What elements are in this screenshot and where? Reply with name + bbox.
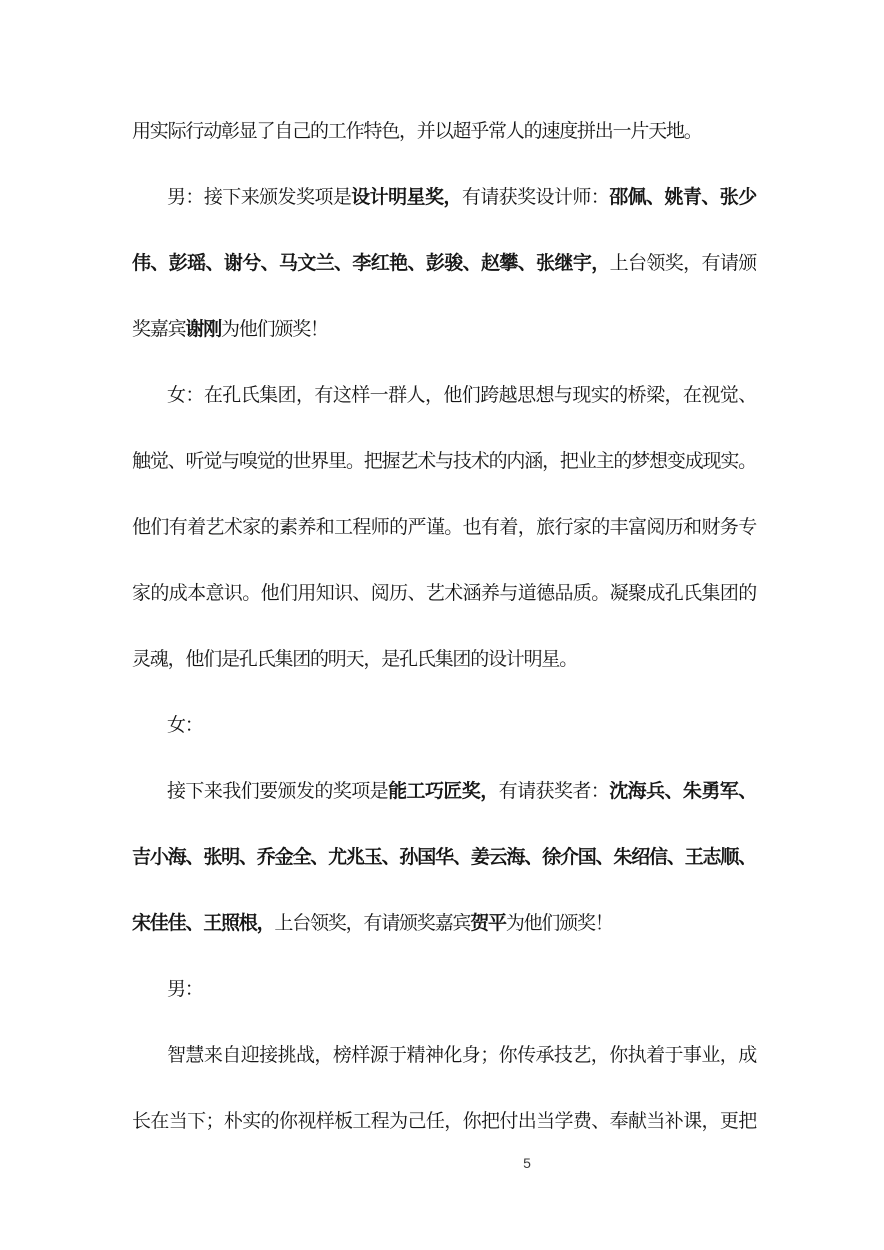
winner-names: 邵佩、姚青、张少 [609,187,756,208]
presenter-outro-text: 为他们颁奖！ [221,319,328,340]
text-line-10: 女： [132,693,756,759]
text-line-5: 女：在孔氏集团，有这样一群人，他们跨越思想与现实的桥梁，在视觉、 [132,363,756,429]
text-line-6: 触觉、听觉与嗅觉的世界里。把握艺术与技术的内涵，把业主的梦想变成现实。 [132,429,756,495]
text-line-3: 伟、彭瑶、谢兮、马文兰、李红艳、彭骏、赵攀、张继宇，上台领奖，有请颁 [132,231,756,297]
text-line-1: 用实际行动彰显了自己的工作特色，并以超乎常人的速度拼出一片天地。 [132,99,756,165]
award-name-craftsman: 能工巧匠奖， [388,781,499,802]
winner-names: 吉小海、张明、乔金全、尤兆玉、孙国华、姜云海、徐介国、朱绍信、王志顺、 [132,847,756,868]
presenter-intro-text: 奖嘉宾 [132,319,185,340]
text-line-15: 智慧来自迎接挑战，榜样源于精神化身；你传承技艺，你执着于事业，成 [132,1023,756,1089]
invite-winners-text: 有请获奖设计师： [462,187,609,208]
winner-names: 伟、彭瑶、谢兮、马文兰、李红艳、彭骏、赵攀、张继宇， [132,253,610,274]
text-line-11: 接下来我们要颁发的奖项是能工巧匠奖，有请获奖者：沈海兵、朱勇军、 [132,759,756,825]
text-line-4: 奖嘉宾谢刚为他们颁奖！ [132,297,756,363]
stage-instruction-text: 上台领奖，有请颁 [610,253,756,274]
host-male-speech-text: 男：接下来颁发奖项是 [167,187,351,208]
host-male-label: 男： [167,979,203,1000]
page-number: 5 [493,1152,561,1174]
text-line-8: 家的成本意识。他们用知识、阅历、艺术涵养与道德品质。凝聚成孔氏集团的 [132,561,756,627]
speech-text: 智慧来自迎接挑战，榜样源于精神化身；你传承技艺，你执着于事业，成 [167,1045,756,1066]
presenter-name: 谢刚 [185,319,221,340]
text-line-7: 他们有着艺术家的素养和工程师的严谨。也有着，旅行家的丰富阅历和财务专 [132,495,756,561]
text-line-13: 宋佳佳、王照根，上台领奖，有请颁奖嘉宾贺平为他们颁奖！ [132,891,756,957]
document-body-text: 用实际行动彰显了自己的工作特色，并以超乎常人的速度拼出一片天地。 男：接下来颁发… [132,99,756,1155]
winner-names: 宋佳佳、王照根， [132,913,274,934]
host-female-speech-text: 女：在孔氏集团，有这样一群人，他们跨越思想与现实的桥梁，在视觉、 [167,385,756,406]
text-line-9: 灵魂，他们是孔氏集团的明天，是孔氏集团的设计明星。 [132,627,756,693]
presenter-name: 贺平 [470,913,506,934]
speech-text: 触觉、听觉与嗅觉的世界里。把握艺术与技术的内涵，把业主的梦想变成现实。 [132,451,756,472]
award-name-design-star: 设计明星奖， [351,187,462,208]
speech-text: 家的成本意识。他们用知识、阅历、艺术涵养与道德品质。凝聚成孔氏集团的 [132,583,756,604]
paragraph-end-text: 用实际行动彰显了自己的工作特色，并以超乎常人的速度拼出一片天地。 [132,121,702,142]
stage-instruction-text: 上台领奖，有请颁奖嘉宾 [274,913,470,934]
paragraph-end-text: 灵魂，他们是孔氏集团的明天，是孔氏集团的设计明星。 [132,649,577,670]
text-line-16: 长在当下；朴实的你视样板工程为己任，你把付出当学费、奉献当补课，更把 [132,1089,756,1155]
text-line-2: 男：接下来颁发奖项是设计明星奖，有请获奖设计师：邵佩、姚青、张少 [132,165,756,231]
document-page: 用实际行动彰显了自己的工作特色，并以超乎常人的速度拼出一片天地。 男：接下来颁发… [0,0,884,1250]
speech-text: 长在当下；朴实的你视样板工程为己任，你把付出当学费、奉献当补课，更把 [132,1111,756,1132]
speech-text: 他们有着艺术家的素养和工程师的严谨。也有着，旅行家的丰富阅历和财务专 [132,517,756,538]
winner-names: 沈海兵、朱勇军、 [609,781,756,802]
text-line-12: 吉小海、张明、乔金全、尤兆玉、孙国华、姜云海、徐介国、朱绍信、王志顺、 [132,825,756,891]
text-line-14: 男： [132,957,756,1023]
presenter-outro-text: 为他们颁奖！ [506,913,613,934]
award-intro-text: 接下来我们要颁发的奖项是 [167,781,388,802]
invite-winners-text: 有请获奖者： [499,781,610,802]
host-female-label: 女： [167,715,203,736]
